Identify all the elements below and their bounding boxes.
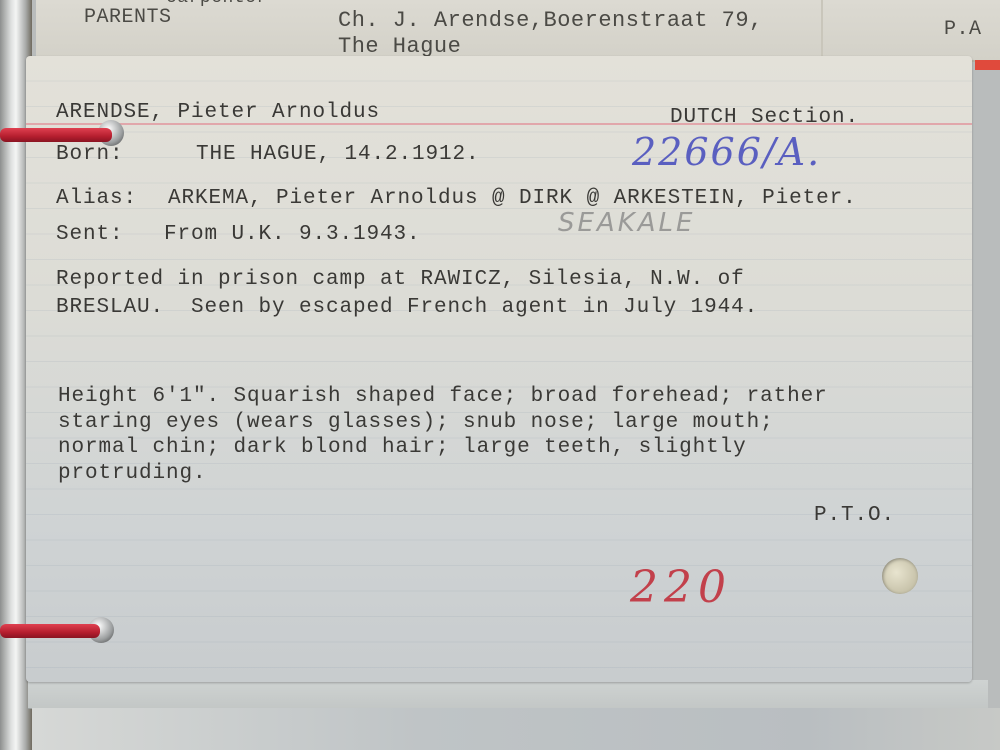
description-line-3: normal chin; dark blond hair; large teet… xyxy=(58,436,747,459)
section-label: DUTCH Section. xyxy=(670,106,859,129)
red-tab-marker xyxy=(975,60,1000,70)
report-line-2: BRESLAU. Seen by escaped French agent in… xyxy=(56,296,758,319)
back-card-parents-line1: Ch. J. Arendse,Boerenstraat 79, xyxy=(338,8,763,33)
back-card-divider xyxy=(821,0,823,58)
handwritten-file-number: 22666/A. xyxy=(632,130,821,174)
pto-note: P.T.O. xyxy=(814,504,895,527)
alias-value: ARKEMA, Pieter Arnoldus @ DIRK @ ARKESTE… xyxy=(168,187,857,210)
born-value: THE HAGUE, 14.2.1912. xyxy=(196,143,480,166)
punch-hole-right xyxy=(882,558,918,594)
under-card-edge xyxy=(28,680,988,709)
back-index-card: carpenter PARENTS Ch. J. Arendse,Boerens… xyxy=(36,0,1000,62)
report-line-1: Reported in prison camp at RAWICZ, Siles… xyxy=(56,268,745,291)
binding-string-bottom xyxy=(0,624,100,638)
handwritten-page-number: 220 xyxy=(630,562,732,613)
born-label: Born: xyxy=(56,143,124,166)
lower-card-stack xyxy=(32,708,1000,750)
back-card-top-fragment: carpenter xyxy=(166,0,268,8)
agent-index-card: ARENDSE, Pieter Arnoldus DUTCH Section. … xyxy=(26,56,972,682)
description-line-1: Height 6'1". Squarish shaped face; broad… xyxy=(58,385,828,408)
back-card-right-fragment: P.A xyxy=(944,18,982,41)
alias-label: Alias: xyxy=(56,187,137,210)
pencil-codename: SEAKALE xyxy=(558,208,695,238)
back-card-label: PARENTS xyxy=(84,6,172,29)
description-line-2: staring eyes (wears glasses); snub nose;… xyxy=(58,411,774,434)
sent-value: From U.K. 9.3.1943. xyxy=(164,223,421,246)
description-line-4: protruding. xyxy=(58,462,207,485)
binding-string-top xyxy=(0,128,112,142)
sent-label: Sent: xyxy=(56,223,124,246)
